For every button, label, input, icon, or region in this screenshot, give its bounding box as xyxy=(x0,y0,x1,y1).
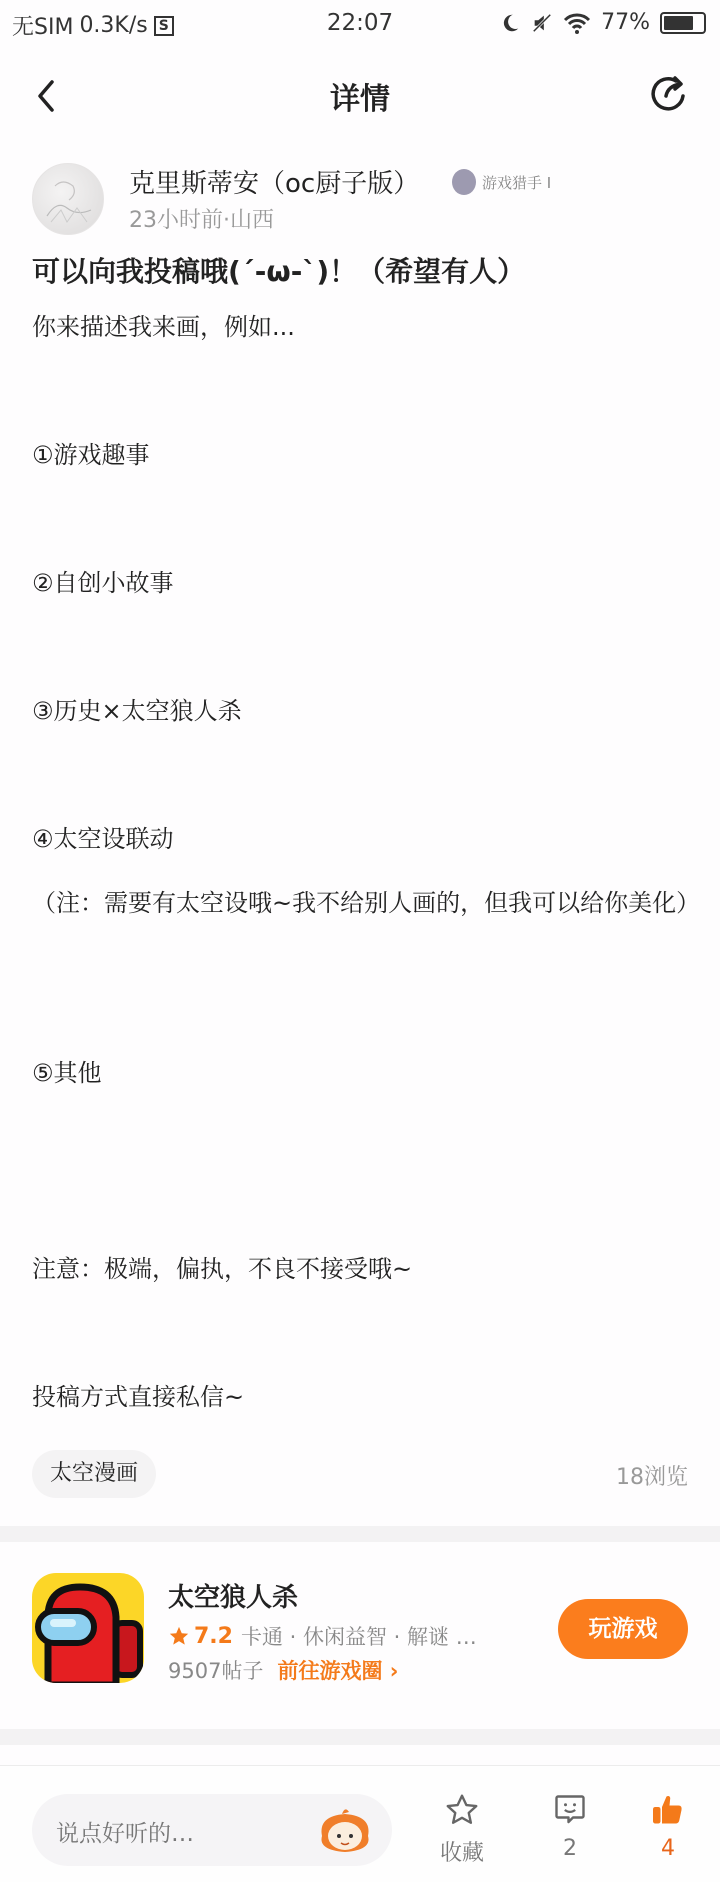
game-tags: 卡通 · 休闲益智 · 解谜 … xyxy=(241,1621,477,1651)
comment-button[interactable]: 2 xyxy=(530,1792,610,1861)
favorite-button[interactable]: 收藏 xyxy=(422,1792,502,1867)
game-card[interactable]: 太空狼人杀 7.2 卡通 · 休闲益智 · 解谜 … 9507帖子 前往游戏圈 … xyxy=(0,1573,720,1683)
status-bar: 无SIM 0.3K/s S 22:07 77% xyxy=(0,0,720,50)
rating-value: 7.2 xyxy=(194,1624,233,1649)
game-meta: 7.2 卡通 · 休闲益智 · 解谜 … xyxy=(168,1621,477,1651)
game-name[interactable]: 太空狼人杀 xyxy=(168,1577,298,1614)
post-line: （注：需要有太空设哦~我不给别人画的，但我可以给你美化） xyxy=(32,882,692,924)
badge-icon xyxy=(452,169,476,195)
post-line: ③历史×太空狼人杀 xyxy=(32,692,692,730)
comment-count: 2 xyxy=(530,1836,610,1861)
share-icon[interactable] xyxy=(646,72,690,116)
post-line: ④太空设联动 xyxy=(32,820,692,858)
star-outline-icon xyxy=(443,1792,481,1828)
like-button[interactable]: 4 xyxy=(628,1792,708,1861)
post-title: 可以向我投稿哦(´-ω-`)！（希望有人） xyxy=(32,250,692,290)
page-title: 详情 xyxy=(0,74,720,118)
like-count: 4 xyxy=(628,1836,708,1861)
author-badge: 游戏猎手 I xyxy=(452,169,551,195)
goto-game-circle-link[interactable]: 前往游戏圈 › xyxy=(277,1655,398,1685)
topic-tag[interactable]: 太空漫画 xyxy=(32,1450,156,1498)
battery-percent: 77% xyxy=(601,10,650,35)
post-line: ①游戏趣事 xyxy=(32,436,692,474)
comment-placeholder: 说点好听的… xyxy=(56,1815,194,1848)
post-line: 投稿方式直接私信~ xyxy=(32,1378,692,1416)
game-posts-row: 9507帖子 前往游戏圈 › xyxy=(168,1655,398,1685)
nav-bar: 详情 xyxy=(0,56,720,136)
post-count: 9507帖子 xyxy=(168,1655,263,1685)
avatar[interactable] xyxy=(32,163,104,235)
game-app-icon[interactable] xyxy=(32,1573,144,1683)
battery-icon xyxy=(660,12,706,34)
post-line: ⑤其他 xyxy=(32,1054,692,1092)
thumbs-up-icon xyxy=(649,1792,687,1828)
play-game-button[interactable]: 玩游戏 xyxy=(558,1599,688,1659)
post-line: 你来描述我来画，例如... xyxy=(32,308,692,346)
mute-icon xyxy=(531,12,553,34)
view-count: 18浏览 xyxy=(616,1460,688,1491)
game-rating: 7.2 xyxy=(168,1624,233,1649)
comment-input[interactable]: 说点好听的… xyxy=(32,1794,392,1866)
bottom-action-bar: 说点好听的… 收藏 2 4 xyxy=(0,1765,720,1882)
badge-label: 游戏猎手 I xyxy=(482,172,551,193)
comment-smile-icon xyxy=(552,1792,588,1828)
emoji-mascot-icon[interactable] xyxy=(316,1806,374,1856)
post-line: 注意：极端，偏执，不良不接受哦~ xyxy=(32,1250,692,1288)
section-divider xyxy=(0,1729,720,1745)
tag-row: 太空漫画 18浏览 xyxy=(32,1450,688,1498)
post-meta: 23小时前·山西 xyxy=(129,203,274,234)
wifi-icon xyxy=(563,12,591,34)
author-name[interactable]: 克里斯蒂安（oc厨子版） xyxy=(129,163,419,200)
star-icon xyxy=(168,1625,190,1647)
status-right: 77% xyxy=(499,10,706,35)
moon-icon xyxy=(499,12,521,34)
post-line: ②自创小故事 xyxy=(32,564,692,602)
author-header: 克里斯蒂安（oc厨子版） 游戏猎手 I 23小时前·山西 xyxy=(32,163,692,235)
favorite-label: 收藏 xyxy=(422,1836,502,1867)
section-divider xyxy=(0,1526,720,1542)
